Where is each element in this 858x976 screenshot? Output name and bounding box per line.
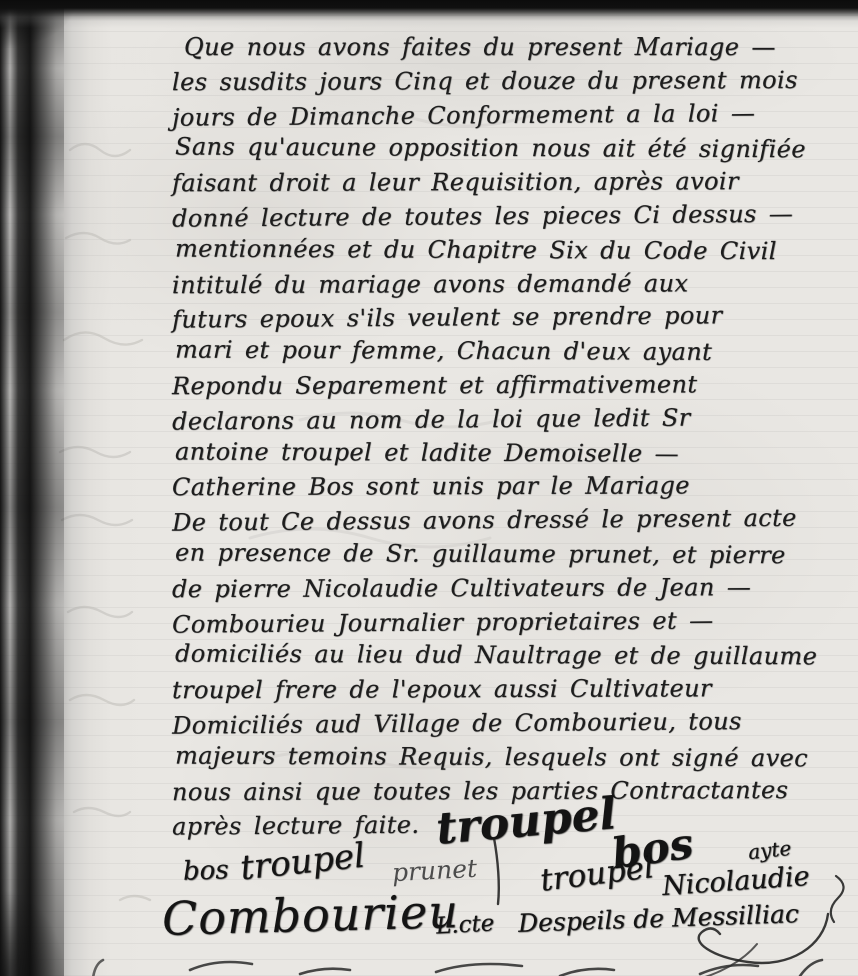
scanned-register-page: Que nous avons faites du present Mariage…	[0, 0, 858, 976]
manuscript-line: troupel frere de l'epoux aussi Cultivate…	[172, 672, 850, 708]
manuscript-line: jours de Dimanche Conformement a la loi …	[172, 96, 850, 135]
manuscript-line: majeurs temoins Requis, lesquels ont sig…	[175, 739, 853, 776]
manuscript-line: Combourieu Journalier proprietaires et —	[172, 603, 850, 642]
manuscript-line: donné lecture de toutes les pieces Ci de…	[172, 197, 850, 236]
manuscript-line: de pierre Nicolaudie Cultivateurs de Jea…	[172, 571, 850, 607]
manuscript-line: futurs epoux s'ils veulent se prendre po…	[172, 299, 850, 338]
manuscript-line: intitulé du mariage avons demandé aux	[172, 266, 850, 302]
manuscript-line: De tout Ce dessus avons dressé le presen…	[172, 501, 850, 540]
manuscript-line: antoine troupel et ladite Demoiselle —	[175, 435, 853, 472]
manuscript-line: Sans qu'aucune opposition nous ait été s…	[175, 131, 853, 168]
page-top-edge-shadow	[0, 0, 858, 28]
manuscript-line: Repondu Separement et affirmativement	[172, 368, 850, 404]
manuscript-line: Que nous avons faites du present Mariage…	[184, 31, 858, 65]
signature-combourieu: Combourieu	[161, 884, 459, 946]
manuscript-line: Catherine Bos sont unis par le Mariage	[172, 469, 850, 505]
signature-officiant-title: L.cte	[435, 910, 495, 939]
manuscript-line: les susdits jours Cinq et douze du prese…	[172, 64, 850, 100]
manuscript-line: faisant droit a leur Requisition, après …	[172, 165, 850, 201]
manuscript-line: declarons au nom de la loi que ledit Sr	[172, 400, 850, 439]
manuscript-line: mentionnées et du Chapitre Six du Code C…	[175, 232, 853, 269]
act-text-block: Que nous avons faites du present Mariage…	[172, 31, 850, 842]
book-binding-gutter	[0, 0, 150, 976]
manuscript-line: Domiciliés aud Village de Combourieu, to…	[172, 704, 850, 743]
signature-prunet: prunet	[391, 854, 477, 887]
manuscript-line: mari et pour femme, Chacun d'eux ayant	[175, 334, 853, 371]
manuscript-line: domiciliés au lieu dud Naultrage et de g…	[175, 638, 853, 675]
signature-bos-witness: bos	[182, 855, 229, 887]
manuscript-line: en presence de Sr. guillaume prunet, et …	[175, 536, 853, 573]
bottom-left-corner-shadow	[0, 836, 110, 976]
signature-paraph-ayte: ayte	[747, 836, 792, 864]
